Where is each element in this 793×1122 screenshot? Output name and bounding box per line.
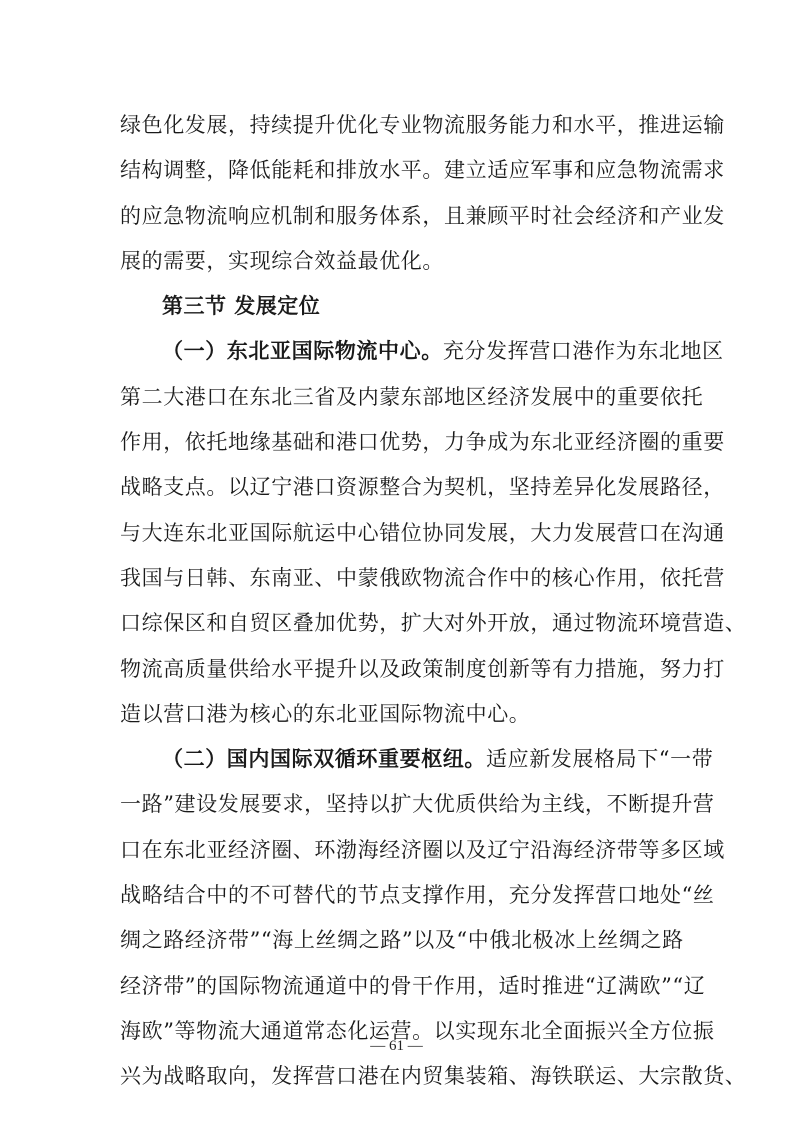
body-line: 作用，依托地缘基础和港口优势，力争成为东北亚经济圈的重要 — [120, 420, 681, 465]
item1-text: 充分发挥营口港作为东北地区 — [443, 339, 724, 363]
body-line: 与大连东北亚国际航运中心错位协同发展，大力发展营口在沟通 — [120, 511, 681, 556]
body-line: 一路”建设发展要求，坚持以扩大优质供给为主线，不断提升营 — [120, 782, 681, 827]
body-line: 第二大港口在东北三省及内蒙东部地区经济发展中的重要依托 — [120, 375, 681, 420]
body-line: 口在东北亚经济圈、环渤海经济圈以及辽宁沿海经济带等多区域 — [120, 828, 681, 873]
body-line: 物流高质量供给水平提升以及政策制度创新等有力措施，努力打 — [120, 647, 681, 692]
body-line: 展的需要，实现综合效益最优化。 — [120, 239, 681, 284]
item1-title: （一）东北亚国际物流中心。 — [162, 339, 443, 363]
body-line: 战略结合中的不可替代的节点支撑作用，充分发挥营口地处“丝 — [120, 873, 681, 918]
page-number: — 61 — — [0, 1038, 793, 1055]
body-line: 的应急物流响应机制和服务体系，且兼顾平时社会经济和产业发 — [120, 194, 681, 239]
body-line: 口综保区和自贸区叠加优势，扩大对外开放，通过物流环境营造、 — [120, 601, 681, 646]
body-line: 造以营口港为核心的东北亚国际物流中心。 — [120, 692, 681, 737]
item2-first-line: （二）国内国际双循环重要枢纽。适应新发展格局下“一带 — [120, 737, 681, 782]
body-line: 我国与日韩、东南亚、中蒙俄欧物流合作中的核心作用，依托营 — [120, 556, 681, 601]
body-line: 绸之路经济带”“海上丝绸之路”以及“中俄北极冰上丝绸之路 — [120, 918, 681, 963]
item1-first-line: （一）东北亚国际物流中心。充分发挥营口港作为东北地区 — [120, 329, 681, 374]
item2-title: （二）国内国际双循环重要枢纽。 — [162, 747, 486, 771]
body-line: 结构调整，降低能耗和排放水平。建立适应军事和应急物流需求 — [120, 148, 681, 193]
body-line: 经济带”的国际物流通道中的骨干作用，适时推进“辽满欧”“辽 — [120, 964, 681, 1009]
body-line: 绿色化发展，持续提升优化专业物流服务能力和水平，推进运输 — [120, 103, 681, 148]
body-line: 兴为战略取向，发挥营口港在内贸集装箱、海铁联运、大宗散货、 — [120, 1054, 681, 1099]
section-heading: 第三节 发展定位 — [120, 284, 681, 329]
body-line: 战略支点。以辽宁港口资源整合为契机，坚持差异化发展路径， — [120, 465, 681, 510]
document-page: 绿色化发展，持续提升优化专业物流服务能力和水平，推进运输 结构调整，降低能耗和排… — [120, 103, 681, 1100]
item2-text: 适应新发展格局下“一带 — [486, 747, 713, 771]
